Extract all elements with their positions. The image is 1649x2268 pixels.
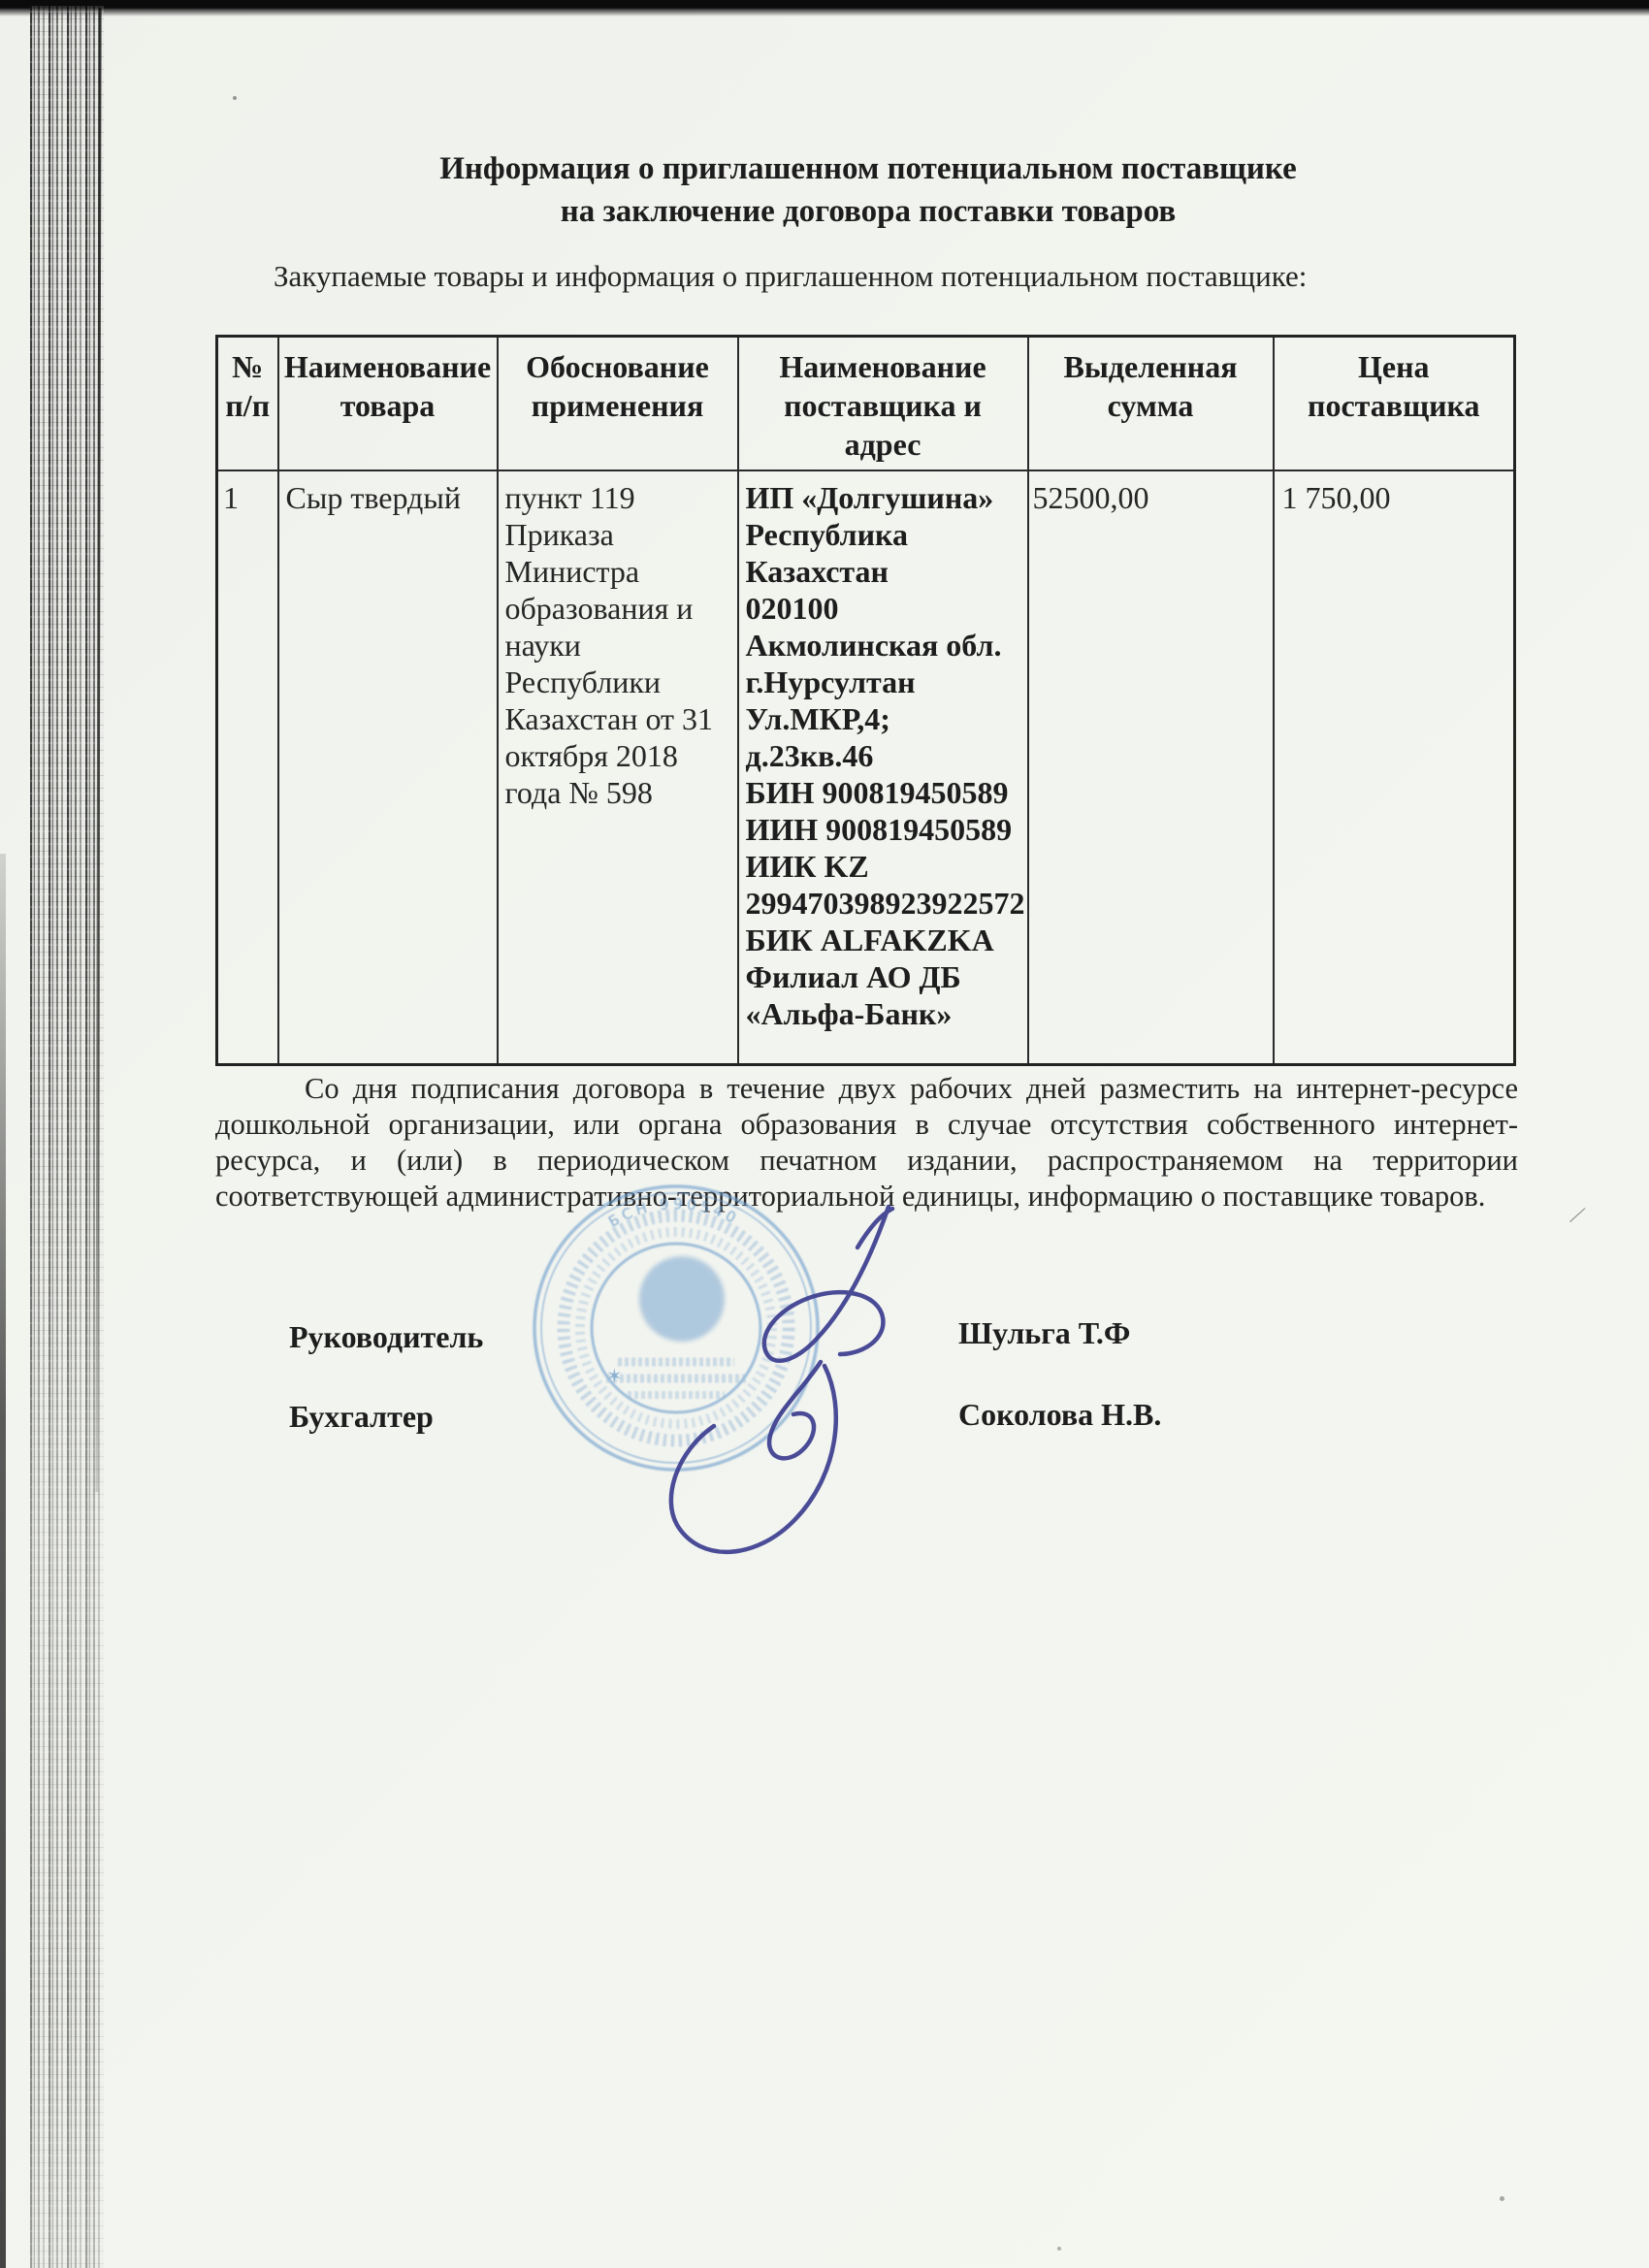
col-header-allocated-sum: Выделенная сумма [1028, 337, 1274, 471]
scanned-document-page: ⁄ Информация о приглашенном потенциально… [0, 0, 1649, 2268]
col-header-supplier-price: Цена поставщика [1274, 337, 1515, 471]
intro-sentence: Закупаемые товары и информация о приглаш… [215, 258, 1520, 295]
cell-allocated-sum: 52500,00 [1028, 470, 1274, 1064]
suppliers-table: № п/п Наименование товара Обоснование пр… [215, 335, 1516, 1066]
document-title-line2: на заключение договора поставки товаров [194, 190, 1542, 233]
signature-name-director: Шульга Т.Ф [958, 1315, 1130, 1351]
round-seal-stamp: БСН 990540 ✶ [531, 1183, 822, 1474]
document-title-line1: Информация о приглашенном потенциальном … [194, 147, 1542, 190]
signature-role-director: Руководитель [289, 1319, 483, 1355]
scan-speck [1057, 2247, 1061, 2251]
col-header-supplier: Наименование поставщика и адрес [738, 337, 1028, 471]
cell-justification: пункт 119 Приказа Министра образования и… [498, 470, 738, 1064]
table-row: 1 Сыр твердый пункт 119 Приказа Министра… [217, 470, 1515, 1064]
document-title: Информация о приглашенном потенциальном … [194, 147, 1542, 233]
col-header-justification: Обоснование применения [498, 337, 738, 471]
scan-pen-mark: ⁄ [1572, 1201, 1582, 1230]
cell-supplier-price: 1 750,00 [1274, 470, 1515, 1064]
cell-product: Сыр твердый [278, 470, 498, 1064]
scan-speck [233, 96, 237, 100]
director-signature-flick [857, 1209, 892, 1247]
scan-binding-band-artifact [30, 6, 104, 2268]
publication-clause-paragraph: Со дня подписания договора в течение дву… [215, 1071, 1518, 1215]
scan-left-edge-line [0, 854, 6, 2268]
scan-top-edge-artifact [0, 0, 1649, 17]
signature-name-accountant: Соколова Н.В. [958, 1397, 1161, 1433]
cell-num: 1 [217, 470, 278, 1064]
table-header-row: № п/п Наименование товара Обоснование пр… [217, 337, 1515, 471]
col-header-product: Наименование товара [278, 337, 498, 471]
signature-role-accountant: Бухгалтер [289, 1399, 434, 1435]
stamp-star-icon: ✶ [606, 1366, 623, 1387]
cell-supplier: ИП «Долгушина» Республика Казахстан 0201… [738, 470, 1028, 1064]
scan-speck [1500, 2196, 1504, 2201]
col-header-num: № п/п [217, 337, 278, 471]
